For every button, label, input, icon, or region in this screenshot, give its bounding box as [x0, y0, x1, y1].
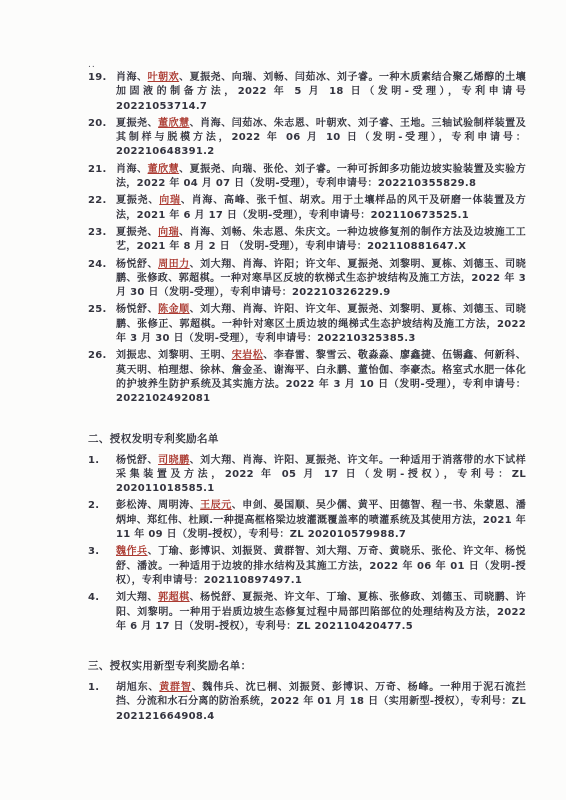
highlighted-name: 董欣慧 — [158, 118, 190, 129]
item-number: 3. — [88, 545, 116, 559]
document-page: .. 19.肖海、叶朝欢、夏振尧、向瑞、刘畅、闫茹冰、刘子睿。一种木质素结合聚乙… — [0, 0, 566, 800]
text-segment: 杨悦舒、 — [116, 304, 158, 315]
item-text: 夏振尧、向瑞、肖海、刘畅、朱志恩、朱庆文。一种边坡修复剂的制作方法及边坡施工工艺… — [116, 226, 526, 255]
item-text: 杨悦舒、周田力、刘大翔、肖海、许阳；许文年、夏振尧、刘黎明、夏栋、刘德玉、司晓鹏… — [116, 258, 526, 301]
list-item: 1.杨悦舒、司晓鹏、刘大翔、肖海、许阳、夏振尧、许文年。一种适用于消落带的水下试… — [88, 454, 526, 497]
section-heading: 三、授权实用新型专利奖励名单： — [88, 658, 526, 673]
item-number: 23. — [88, 226, 116, 240]
item-text: 刘大翔、郭超棋、杨悦舒、夏振尧、许文年、丁瑜、夏栋、张修政、刘德玉、司晓鹏、许阳… — [116, 591, 526, 634]
list-item: 2.彭松涛、周明涛、王辰元、申剑、晏国顺、吴少儒、黄平、田德智、程一书、朱蒙恩、… — [88, 499, 526, 542]
list-item: 21.肖海、董欣慧、夏振尧、向瑞、张伦、刘子睿。一种可拆卸多功能边坡实验装置及实… — [88, 163, 526, 192]
item-number: 4. — [88, 591, 116, 605]
item-number: 24. — [88, 258, 116, 272]
item-text: 肖海、叶朝欢、夏振尧、向瑞、刘畅、闫茹冰、刘子睿。一种木质素结合聚乙烯醇的土壤加… — [116, 71, 526, 114]
item-number: 1. — [88, 454, 116, 468]
highlighted-name: 宋岩松 — [232, 350, 264, 361]
text-segment: 刘大翔、 — [116, 592, 158, 603]
patent-award-list: 19.肖海、叶朝欢、夏振尧、向瑞、刘畅、闫茹冰、刘子睿。一种木质素结合聚乙烯醇的… — [88, 71, 526, 727]
text-segment: 夏振尧、 — [116, 227, 158, 238]
item-number: 26. — [88, 349, 116, 363]
item-number: 21. — [88, 163, 116, 177]
section-heading: 二、授权发明专利奖励名单 — [88, 431, 526, 446]
item-text: 胡旭东、黄群智、魏伟兵、沈已桐、刘振贤、彭博识、万奇、杨峰。一种用于泥石流拦挡、… — [116, 681, 526, 724]
list-item: 20.夏振尧、董欣慧、肖海、闫茹冰、朱志恩、叶朝欢、刘子睿、王地。三轴试验制样装… — [88, 117, 526, 160]
item-number: 19. — [88, 71, 116, 85]
text-segment: 肖海、 — [116, 164, 148, 175]
highlighted-name: 董欣慧 — [148, 164, 180, 175]
item-text: 魏作兵、丁瑜、彭博识、刘振贤、黄群智、刘大翔、万奇、黄晓乐、张伦、许文年、杨悦舒… — [116, 545, 526, 588]
item-text: 夏振尧、董欣慧、肖海、闫茹冰、朱志恩、叶朝欢、刘子睿、王地。三轴试验制样装置及其… — [116, 117, 526, 160]
text-segment: 刘振忠、刘黎明、王明、 — [116, 350, 232, 361]
list-item: 1.胡旭东、黄群智、魏伟兵、沈已桐、刘振贤、彭博识、万奇、杨峰。一种用于泥石流拦… — [88, 681, 526, 724]
highlighted-name: 郭超棋 — [158, 592, 190, 603]
item-text: 彭松涛、周明涛、王辰元、申剑、晏国顺、吴少儒、黄平、田德智、程一书、朱蒙恩、潘炳… — [116, 499, 526, 542]
highlighted-name: 王辰元 — [200, 500, 232, 511]
text-segment: 夏振尧、 — [116, 118, 158, 129]
list-item: 24.杨悦舒、周田力、刘大翔、肖海、许阳；许文年、夏振尧、刘黎明、夏栋、刘德玉、… — [88, 258, 526, 301]
item-text: 杨悦舒、司晓鹏、刘大翔、肖海、许阳、夏振尧、许文年。一种适用于消落带的水下试样采… — [116, 454, 526, 497]
list-item: 4.刘大翔、郭超棋、杨悦舒、夏振尧、许文年、丁瑜、夏栋、张修政、刘德玉、司晓鹏、… — [88, 591, 526, 634]
item-text: 夏振尧、向瑞、肖海、高峰、张千恒、胡欢。用于土壤样品的风干及研磨一体装置及方法，… — [116, 194, 526, 223]
item-number: 2. — [88, 499, 116, 513]
item-number: 25. — [88, 303, 116, 317]
list-item: 22.夏振尧、向瑞、肖海、高峰、张千恒、胡欢。用于土壤样品的风干及研磨一体装置及… — [88, 194, 526, 223]
item-text: 肖海、董欣慧、夏振尧、向瑞、张伦、刘子睿。一种可拆卸多功能边坡实验装置及实验方法… — [116, 163, 526, 192]
item-text: 杨悦舒、陈金顺、刘大翔、肖海、许阳、许文年、夏振尧、刘黎明、夏栋、刘德玉、司晓鹏… — [116, 303, 526, 346]
highlighted-name: 黄群智 — [159, 682, 191, 693]
highlighted-name: 陈金顺 — [158, 304, 190, 315]
list-item: 3.魏作兵、丁瑜、彭博识、刘振贤、黄群智、刘大翔、万奇、黄晓乐、张伦、许文年、杨… — [88, 545, 526, 588]
list-item: 25.杨悦舒、陈金顺、刘大翔、肖海、许阳、许文年、夏振尧、刘黎明、夏栋、刘德玉、… — [88, 303, 526, 346]
text-segment: 肖海、 — [116, 72, 148, 83]
text-segment: 杨悦舒、 — [116, 259, 158, 270]
scan-artifact-mark: .. — [88, 60, 96, 70]
highlighted-name: 司晓鹏 — [158, 455, 190, 466]
text-segment: 彭松涛、周明涛、 — [116, 500, 200, 511]
list-item: 26.刘振忠、刘黎明、王明、宋岩松、李春雷、黎雪云、敬淼淼、廖鑫捷、伍锡鑫、何新… — [88, 349, 526, 406]
highlighted-name: 向瑞 — [159, 195, 181, 206]
item-number: 22. — [88, 194, 116, 208]
highlighted-name: 向瑞 — [158, 227, 179, 238]
text-segment: 胡旭东、 — [116, 682, 159, 693]
text-segment: 夏振尧、 — [116, 195, 159, 206]
item-text: 刘振忠、刘黎明、王明、宋岩松、李春雷、黎雪云、敬淼淼、廖鑫捷、伍锡鑫、何新科、莫… — [116, 349, 526, 406]
list-item: 23.夏振尧、向瑞、肖海、刘畅、朱志恩、朱庆文。一种边坡修复剂的制作方法及边坡施… — [88, 226, 526, 255]
highlighted-name: 周田力 — [158, 259, 190, 270]
list-item: 19.肖海、叶朝欢、夏振尧、向瑞、刘畅、闫茹冰、刘子睿。一种木质素结合聚乙烯醇的… — [88, 71, 526, 114]
highlighted-name: 魏作兵 — [116, 546, 148, 557]
item-number: 1. — [88, 681, 116, 695]
item-number: 20. — [88, 117, 116, 131]
text-segment: 杨悦舒、 — [116, 455, 158, 466]
highlighted-name: 叶朝欢 — [148, 72, 180, 83]
text-segment: 、丁瑜、彭博识、刘振贤、黄群智、刘大翔、万奇、黄晓乐、张伦、许文年、杨悦舒、潘波… — [116, 546, 526, 586]
